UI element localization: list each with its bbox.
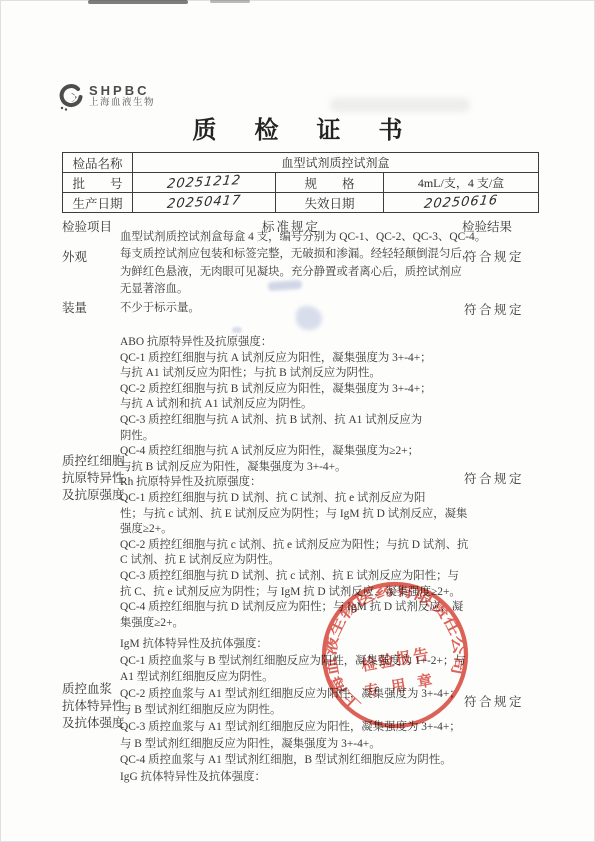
logo-text: SHPBC 上海血液生物 — [89, 84, 155, 109]
spec-label: 规 格 — [276, 173, 384, 193]
scan-artifact — [296, 306, 322, 330]
item-label-redcell: 质控红细胞 抗原特异性 及抗原强度 — [62, 453, 125, 504]
product-name-value: 血型试剂质控试剂盒 — [133, 153, 539, 173]
mfg-date-handwritten: 20250417 — [166, 193, 242, 212]
product-info-table: 检品名称 血型试剂质控试剂盒 批 号 20251212 规 格 4mL/支，4 … — [62, 152, 539, 213]
mfg-date-label: 生产日期 — [63, 193, 133, 213]
table-row: 批 号 20251212 规 格 4mL/支，4 支/盒 — [63, 173, 539, 193]
result-appearance: 符合规定 — [464, 247, 524, 265]
spec-value: 4mL/支，4 支/盒 — [384, 173, 539, 193]
certificate-page: SHPBC 上海血液生物 质 检 证 书 检品名称 血型试剂质控试剂盒 批 号 … — [0, 0, 595, 842]
seal-center-text: 检验报告 — [360, 644, 432, 675]
exp-date-label: 失效日期 — [276, 193, 384, 213]
table-row: 生产日期 20250417 失效日期 20250616 — [63, 193, 539, 213]
mfg-date-value: 20250417 — [133, 193, 276, 213]
inspection-seal: 上海血液生物医药有限责任公司 检验报告 专 用 章 — [295, 555, 494, 754]
exp-date-value: 20250616 — [384, 193, 539, 213]
document-title: 质 检 证 书 — [0, 110, 595, 145]
batch-label: 批 号 — [63, 173, 133, 193]
scan-smudge — [88, 0, 188, 4]
item-label-appearance: 外观 — [62, 249, 87, 266]
logo-abbr: SHPBC — [89, 84, 155, 98]
item-label-plasma: 质控血浆 抗体特异性 及抗体强度 — [62, 681, 125, 732]
product-name-label: 检品名称 — [63, 153, 133, 173]
exp-date-handwritten: 20250616 — [423, 193, 499, 212]
result-redcell: 符合规定 — [464, 469, 524, 487]
item-label-volume: 装量 — [62, 300, 87, 317]
scan-smudge — [210, 0, 250, 3]
result-volume: 符合规定 — [464, 300, 524, 318]
table-row: 检品名称 血型试剂质控试剂盒 — [63, 153, 539, 173]
seal-bottom-text: 专 用 章 — [363, 670, 438, 700]
batch-value: 20251212 — [133, 173, 276, 193]
logo-company-name: 上海血液生物 — [89, 98, 155, 109]
standard-text-appearance: 血型试剂质控试剂盒每盒 4 支，编号分别为 QC-1、QC-2、QC-3、QC-… — [120, 229, 492, 298]
batch-handwritten: 20251212 — [166, 173, 242, 192]
scan-artifact — [232, 327, 242, 333]
column-header-item: 检验项目 — [62, 217, 112, 235]
